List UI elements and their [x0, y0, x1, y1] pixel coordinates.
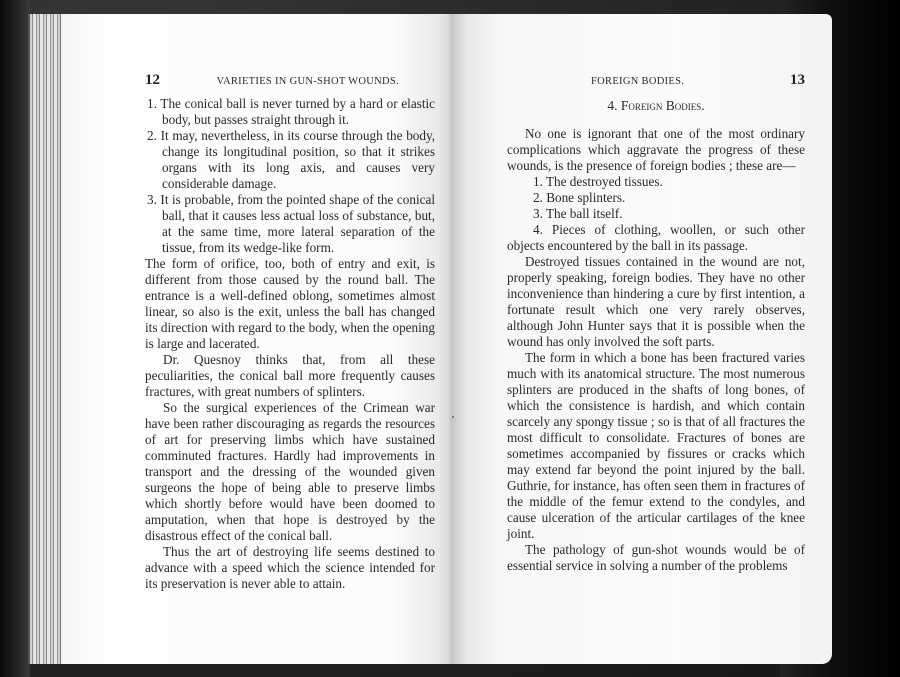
right-running-head: FOREIGN BODIES. 13: [507, 72, 805, 90]
list-text: It may, nevertheless, in its course thro…: [161, 128, 435, 191]
running-head-title: FOREIGN BODIES.: [591, 74, 684, 90]
list-number: 2.: [147, 128, 157, 143]
list-item: 4. Pieces of clothing, woollen, or such …: [507, 222, 805, 254]
paragraph: The form of orifice, too, both of entry …: [145, 256, 435, 352]
list-item: 1. The conical ball is never turned by a…: [145, 96, 435, 128]
paragraph: Dr. Quesnoy thinks that, from all these …: [145, 352, 435, 400]
list-number: 1.: [147, 96, 157, 111]
list-text: It is probable, from the pointed shape o…: [160, 192, 435, 255]
list-item: 2. It may, nevertheless, in its course t…: [145, 128, 435, 192]
list-item: 2. Bone splinters.: [507, 190, 805, 206]
list-text: The conical ball is never turned by a ha…: [160, 96, 435, 127]
list-item: 3. The ball itself.: [507, 206, 805, 222]
left-page-text: 12 VARIETIES IN GUN-SHOT WOUNDS. 1. The …: [145, 72, 435, 592]
running-head-title: VARIETIES IN GUN-SHOT WOUNDS.: [216, 74, 399, 90]
list-item: 3. It is probable, from the pointed shap…: [145, 192, 435, 256]
paragraph: The form in which a bone has been fractu…: [507, 350, 805, 542]
right-page-text: FOREIGN BODIES. 13 4. Foreign Bodies. No…: [507, 72, 805, 574]
book-cover-left-edge: [0, 0, 30, 677]
list-number: 3.: [147, 192, 157, 207]
list-item: 1. The destroyed tissues.: [507, 174, 805, 190]
page-number: 13: [790, 72, 805, 88]
left-running-head: 12 VARIETIES IN GUN-SHOT WOUNDS.: [145, 72, 435, 90]
paper-speck: [452, 416, 454, 418]
section-heading: 4. Foreign Bodies.: [507, 98, 805, 114]
paragraph: So the surgical experiences of the Crime…: [145, 400, 435, 544]
book-gutter: [447, 14, 457, 664]
paragraph: Destroyed tissues contained in the wound…: [507, 254, 805, 350]
paragraph: The pathology of gun-shot wounds would b…: [507, 542, 805, 574]
page-number: 12: [145, 72, 160, 88]
paragraph: Thus the art of destroying life seems de…: [145, 544, 435, 592]
paragraph: No one is ignorant that one of the most …: [507, 126, 805, 174]
